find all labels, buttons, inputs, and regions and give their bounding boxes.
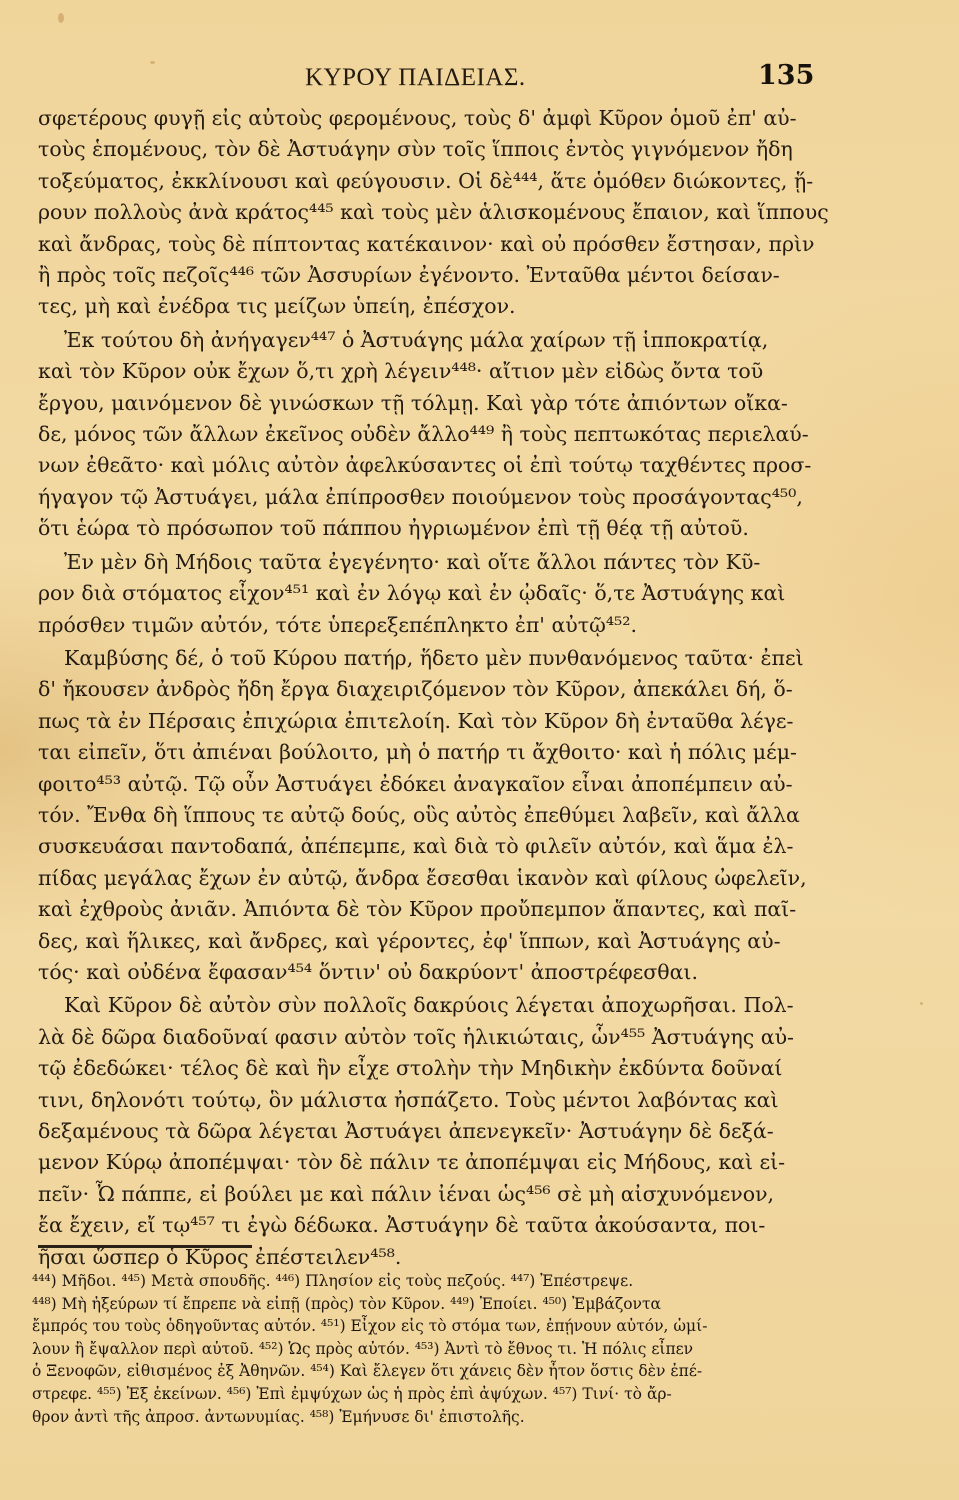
paper-stain [920,1002,923,1005]
text-line: Ἐκ τούτου δὴ ἀνήγαγεν⁴⁴⁷ ὁ Ἀστυάγης μάλα… [38,325,800,356]
text-line: Καὶ Κῦρον δὲ αὐτὸν σὺν πολλοῖς δακρύοις … [38,990,800,1021]
footnote-line: στρεφε. ⁴⁵⁵) Ἐξ ἐκείνων. ⁴⁵⁶) Ἐπὶ ἐμψύχω… [32,1383,812,1406]
text-line: δες, καὶ ἥλικες, καὶ ἄνδρες, καὶ γέροντε… [38,926,800,957]
footnote-line: ὁ Ξενοφῶν, εἰθισμένος ἐξ Ἀθηνῶν. ⁴⁵⁴) Κα… [32,1360,812,1383]
text-line: ρον διὰ στόματος εἶχον⁴⁵¹ καὶ ἐν λόγῳ κα… [38,578,800,609]
text-line: ἔα ἔχειν, εἴ τῳ⁴⁵⁷ τι ἐγὼ δέδωκα. Ἀστυάγ… [38,1210,800,1241]
footnote-line: ⁴⁴⁴) Μῆδοι. ⁴⁴⁵) Μετὰ σπουδῆς. ⁴⁴⁶) Πλησ… [32,1270,812,1293]
text-line: καὶ ἄνδρας, τοὺς δὲ πίπτοντας κατέκαινον… [38,229,800,260]
text-line: τινι, δηλονότι τούτῳ, ὃν μάλιστα ἠσπάζετ… [38,1085,800,1116]
footnotes: ⁴⁴⁴) Μῆδοι. ⁴⁴⁵) Μετὰ σπουδῆς. ⁴⁴⁶) Πλησ… [32,1270,812,1428]
paragraph: Καὶ Κῦρον δὲ αὐτὸν σὺν πολλοῖς δακρύοις … [38,990,800,1273]
paragraph: Καμβύσης δέ, ὁ τοῦ Κύρου πατήρ, ἥδετο μὲ… [38,643,800,988]
paragraph: σφετέρους φυγῇ εἰς αὐτοὺς φερομένους, το… [38,103,800,323]
text-line: τες, μὴ καὶ ἐνέδρα τις μείζων ὑπείη, ἐπέ… [38,291,800,322]
text-line: συσκευάσαι παντοδαπά, ἀπέπεμπε, καὶ διὰ … [38,831,800,862]
text-line: λὰ δὲ δῶρα διαδοῦναί φασιν αὐτὸν τοῖς ἡλ… [38,1022,800,1053]
text-line: δε, μόνος τῶν ἄλλων ἐκεῖνος οὐδὲν ἄλλο⁴⁴… [38,419,800,450]
body-text: σφετέρους φυγῇ εἰς αὐτοὺς φερομένους, το… [38,103,800,1273]
page-number: 135 [758,60,814,91]
running-title: ΚΥΡΟΥ ΠΑΙΔΕΙΑΣ. [305,64,526,92]
text-line: μενον Κύρῳ ἀποπέμψαι· τὸν δὲ πάλιν τε ἀπ… [38,1147,800,1178]
text-line: πίδας μεγάλας ἔχων ἐν αὐτῷ, ἄνδρα ἔσεσθα… [38,863,800,894]
footnote-line: θρον ἀντὶ τῆς ἀπροσ. ἀντωνυμίας. ⁴⁵⁸) Ἐμ… [32,1406,812,1429]
text-line: ἔργου, μαινόμενον δὲ γινώσκων τῇ τόλμῃ. … [38,388,800,419]
text-line: δεξαμένους τὰ δῶρα λέγεται Ἀστυάγει ἀπεν… [38,1116,800,1147]
text-line: πεῖν· Ὦ πάππε, εἰ βούλει με καὶ πάλιν ἰέ… [38,1179,800,1210]
book-page: ΚΥΡΟΥ ΠΑΙΔΕΙΑΣ. 135 σφετέρους φυγῇ εἰς α… [0,0,959,1500]
text-line: ἢ πρὸς τοῖς πεζοῖς⁴⁴⁶ τῶν Ἀσσυρίων ἐγένο… [38,260,800,291]
footnote-line: ⁴⁴⁸) Μὴ ἠξεύρων τί ἔπρεπε νὰ εἰπῇ (πρὸς)… [32,1293,812,1316]
text-line: φοιτο⁴⁵³ αὐτῷ. Τῷ οὖν Ἀστυάγει ἐδόκει ἀν… [38,769,800,800]
text-line: Ἐν μὲν δὴ Μήδοις ταῦτα ἐγεγένητο· καὶ οἵ… [38,547,800,578]
text-line: ται εἰπεῖν, ὅτι ἀπιέναι βούλοιτο, μὴ ὁ π… [38,737,800,768]
text-line: ὅτι ἑώρα τὸ πρόσωπον τοῦ πάππου ἠγριωμέν… [38,513,800,544]
text-line: δ' ἤκουσεν ἀνδρὸς ἤδη ἔργα διαχειριζόμεν… [38,674,800,705]
text-line: καὶ ἐχθροὺς ἀνιᾶν. Ἀπιόντα δὲ τὸν Κῦρον … [38,894,800,925]
footnote-line: λουν ἢ ἔψαλλον περὶ αὐτοῦ. ⁴⁵²) Ὡς πρὸς … [32,1338,812,1361]
text-line: νων ἐθεᾶτο· καὶ μόλις αὐτὸν ἀφελκύσαντες… [38,450,800,481]
running-head: ΚΥΡΟΥ ΠΑΙΔΕΙΑΣ. 135 [0,60,959,94]
paragraph: Ἐν μὲν δὴ Μήδοις ταῦτα ἐγεγένητο· καὶ οἵ… [38,547,800,641]
footnote-line: ἔμπρός του τοὺς ὁδηγοῦντας αὐτόν. ⁴⁵¹) Ε… [32,1315,812,1338]
text-line: ρουν πολλοὺς ἀνὰ κράτος⁴⁴⁵ καὶ τοὺς μὲν … [38,197,800,228]
text-line: τόν. Ἔνθα δὴ ἵππους τε αὐτῷ δούς, οὓς αὐ… [38,800,800,831]
text-line: ήγαγον τῷ Ἀστυάγει, μάλα ἐπίπροσθεν ποιο… [38,482,800,513]
text-line: πρόσθεν τιμῶν αὐτόν, τότε ὑπερεξεπέπληκτ… [38,610,800,641]
text-line: τοὺς ἑπομένους, τὸν δὲ Ἀστυάγην σὺν τοῖς… [38,134,800,165]
paragraph: Ἐκ τούτου δὴ ἀνήγαγεν⁴⁴⁷ ὁ Ἀστυάγης μάλα… [38,325,800,545]
text-line: καὶ τὸν Κῦρον οὐκ ἔχων ὅ,τι χρὴ λέγειν⁴⁴… [38,356,800,387]
text-line: Καμβύσης δέ, ὁ τοῦ Κύρου πατήρ, ἥδετο μὲ… [38,643,800,674]
footnote-separator-rule [38,1245,252,1248]
text-line: τοξεύματος, ἐκκλίνουσι καὶ φεύγουσιν. Οἱ… [38,166,800,197]
text-line: τός· καὶ οὐδένα ἔφασαν⁴⁵⁴ ὅντιν' οὐ δακρ… [38,957,800,988]
text-line: τῷ ἐδεδώκει· τέλος δὲ καὶ ἣν εἶχε στολὴν… [38,1053,800,1084]
paper-stain [58,13,64,23]
text-line: σφετέρους φυγῇ εἰς αὐτοὺς φερομένους, το… [38,103,800,134]
text-line: πως τὰ ἐν Πέρσαις ἐπιχώρια ἐπιτελοίη. Κα… [38,706,800,737]
